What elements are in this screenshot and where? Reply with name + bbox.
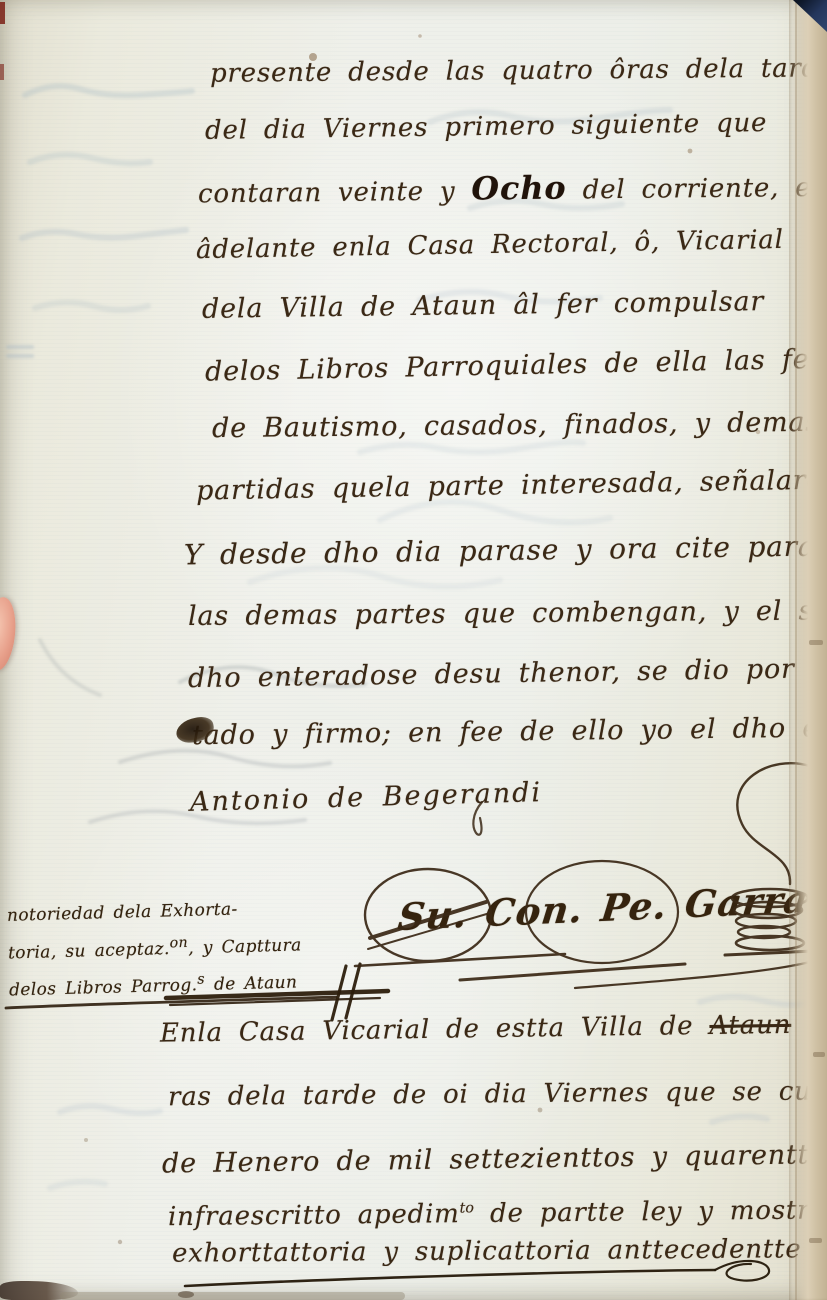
manuscript-line-7: de Bautismo, casados, finados, y demas: [212, 407, 820, 444]
page-edge-crease: [795, 0, 797, 1300]
manuscript-page: presente desde las quatro ôras dela tard…: [0, 0, 827, 1300]
page-edge-mark: [813, 1052, 825, 1057]
binding-mark: [0, 64, 4, 80]
struck-word-ataun: Ataun: [709, 1010, 791, 1041]
closing-rule-flourish: [165, 1240, 820, 1300]
lower-superscript-to: to: [459, 1200, 474, 1216]
binding-mark: [0, 2, 5, 24]
manuscript-line-10: las demas partes que combengan, y el sus…: [188, 595, 827, 632]
bottom-edge-shadow: [60, 1292, 405, 1300]
page-edge-mark: [809, 1238, 822, 1243]
rubric-heading-flourish: [340, 752, 827, 1022]
page-edge-mark: [809, 640, 823, 645]
manuscript-line-3: contaran veinte y Ocho del corriente, en…: [198, 167, 827, 211]
emphasized-word-ocho: Ocho: [471, 169, 567, 207]
lower-line-4-end: de partte ley y mostre la cartta: [474, 1194, 827, 1229]
line-3-end: del corriente, en-: [566, 173, 827, 206]
bottom-edge-speck: [178, 1291, 194, 1298]
foxing-specks: [84, 34, 760, 1244]
manuscript-line-1: presente desde las quatro ôras dela tard…: [210, 53, 827, 88]
lower-line-4-start: infraescritto apedim: [168, 1199, 460, 1232]
line-3-start: contaran veinte y: [198, 176, 472, 209]
